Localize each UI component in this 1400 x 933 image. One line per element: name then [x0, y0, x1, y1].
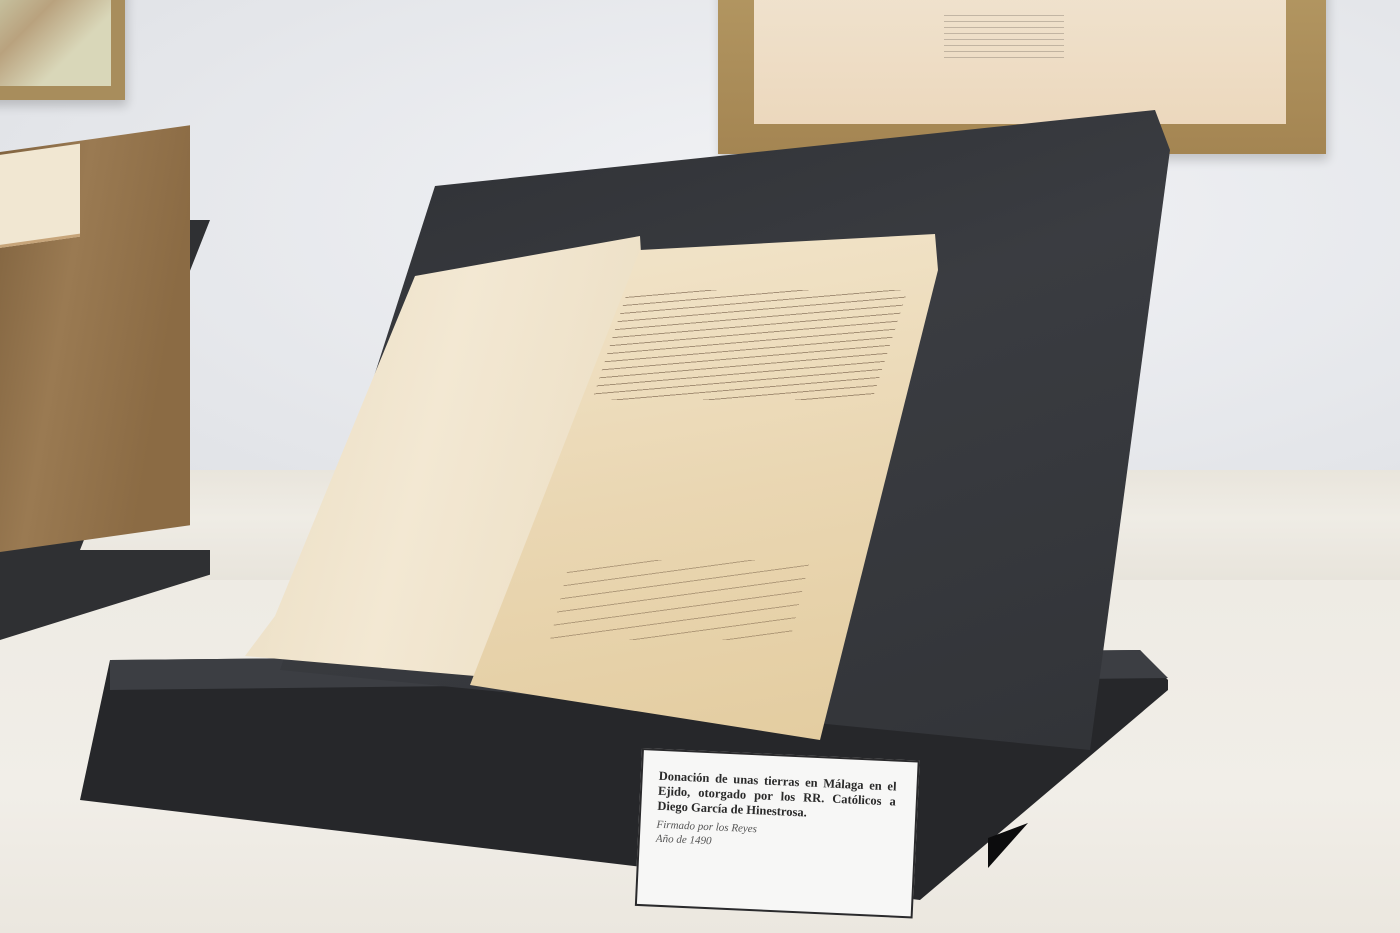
manuscript-handwriting [592, 290, 908, 400]
framed-artwork-left-image [0, 0, 111, 86]
left-volume-illuminated-page [0, 144, 80, 250]
exhibit-label: Donación de unas tierras en Málaga en el… [635, 748, 920, 918]
framed-document-mat [754, 0, 1286, 124]
exhibit-label-title: Donación de unas tierras en Málaga en el… [657, 769, 897, 825]
framed-document-caption [944, 10, 1064, 60]
manuscript-signatures [550, 560, 810, 640]
framed-artwork-left [0, 0, 125, 100]
